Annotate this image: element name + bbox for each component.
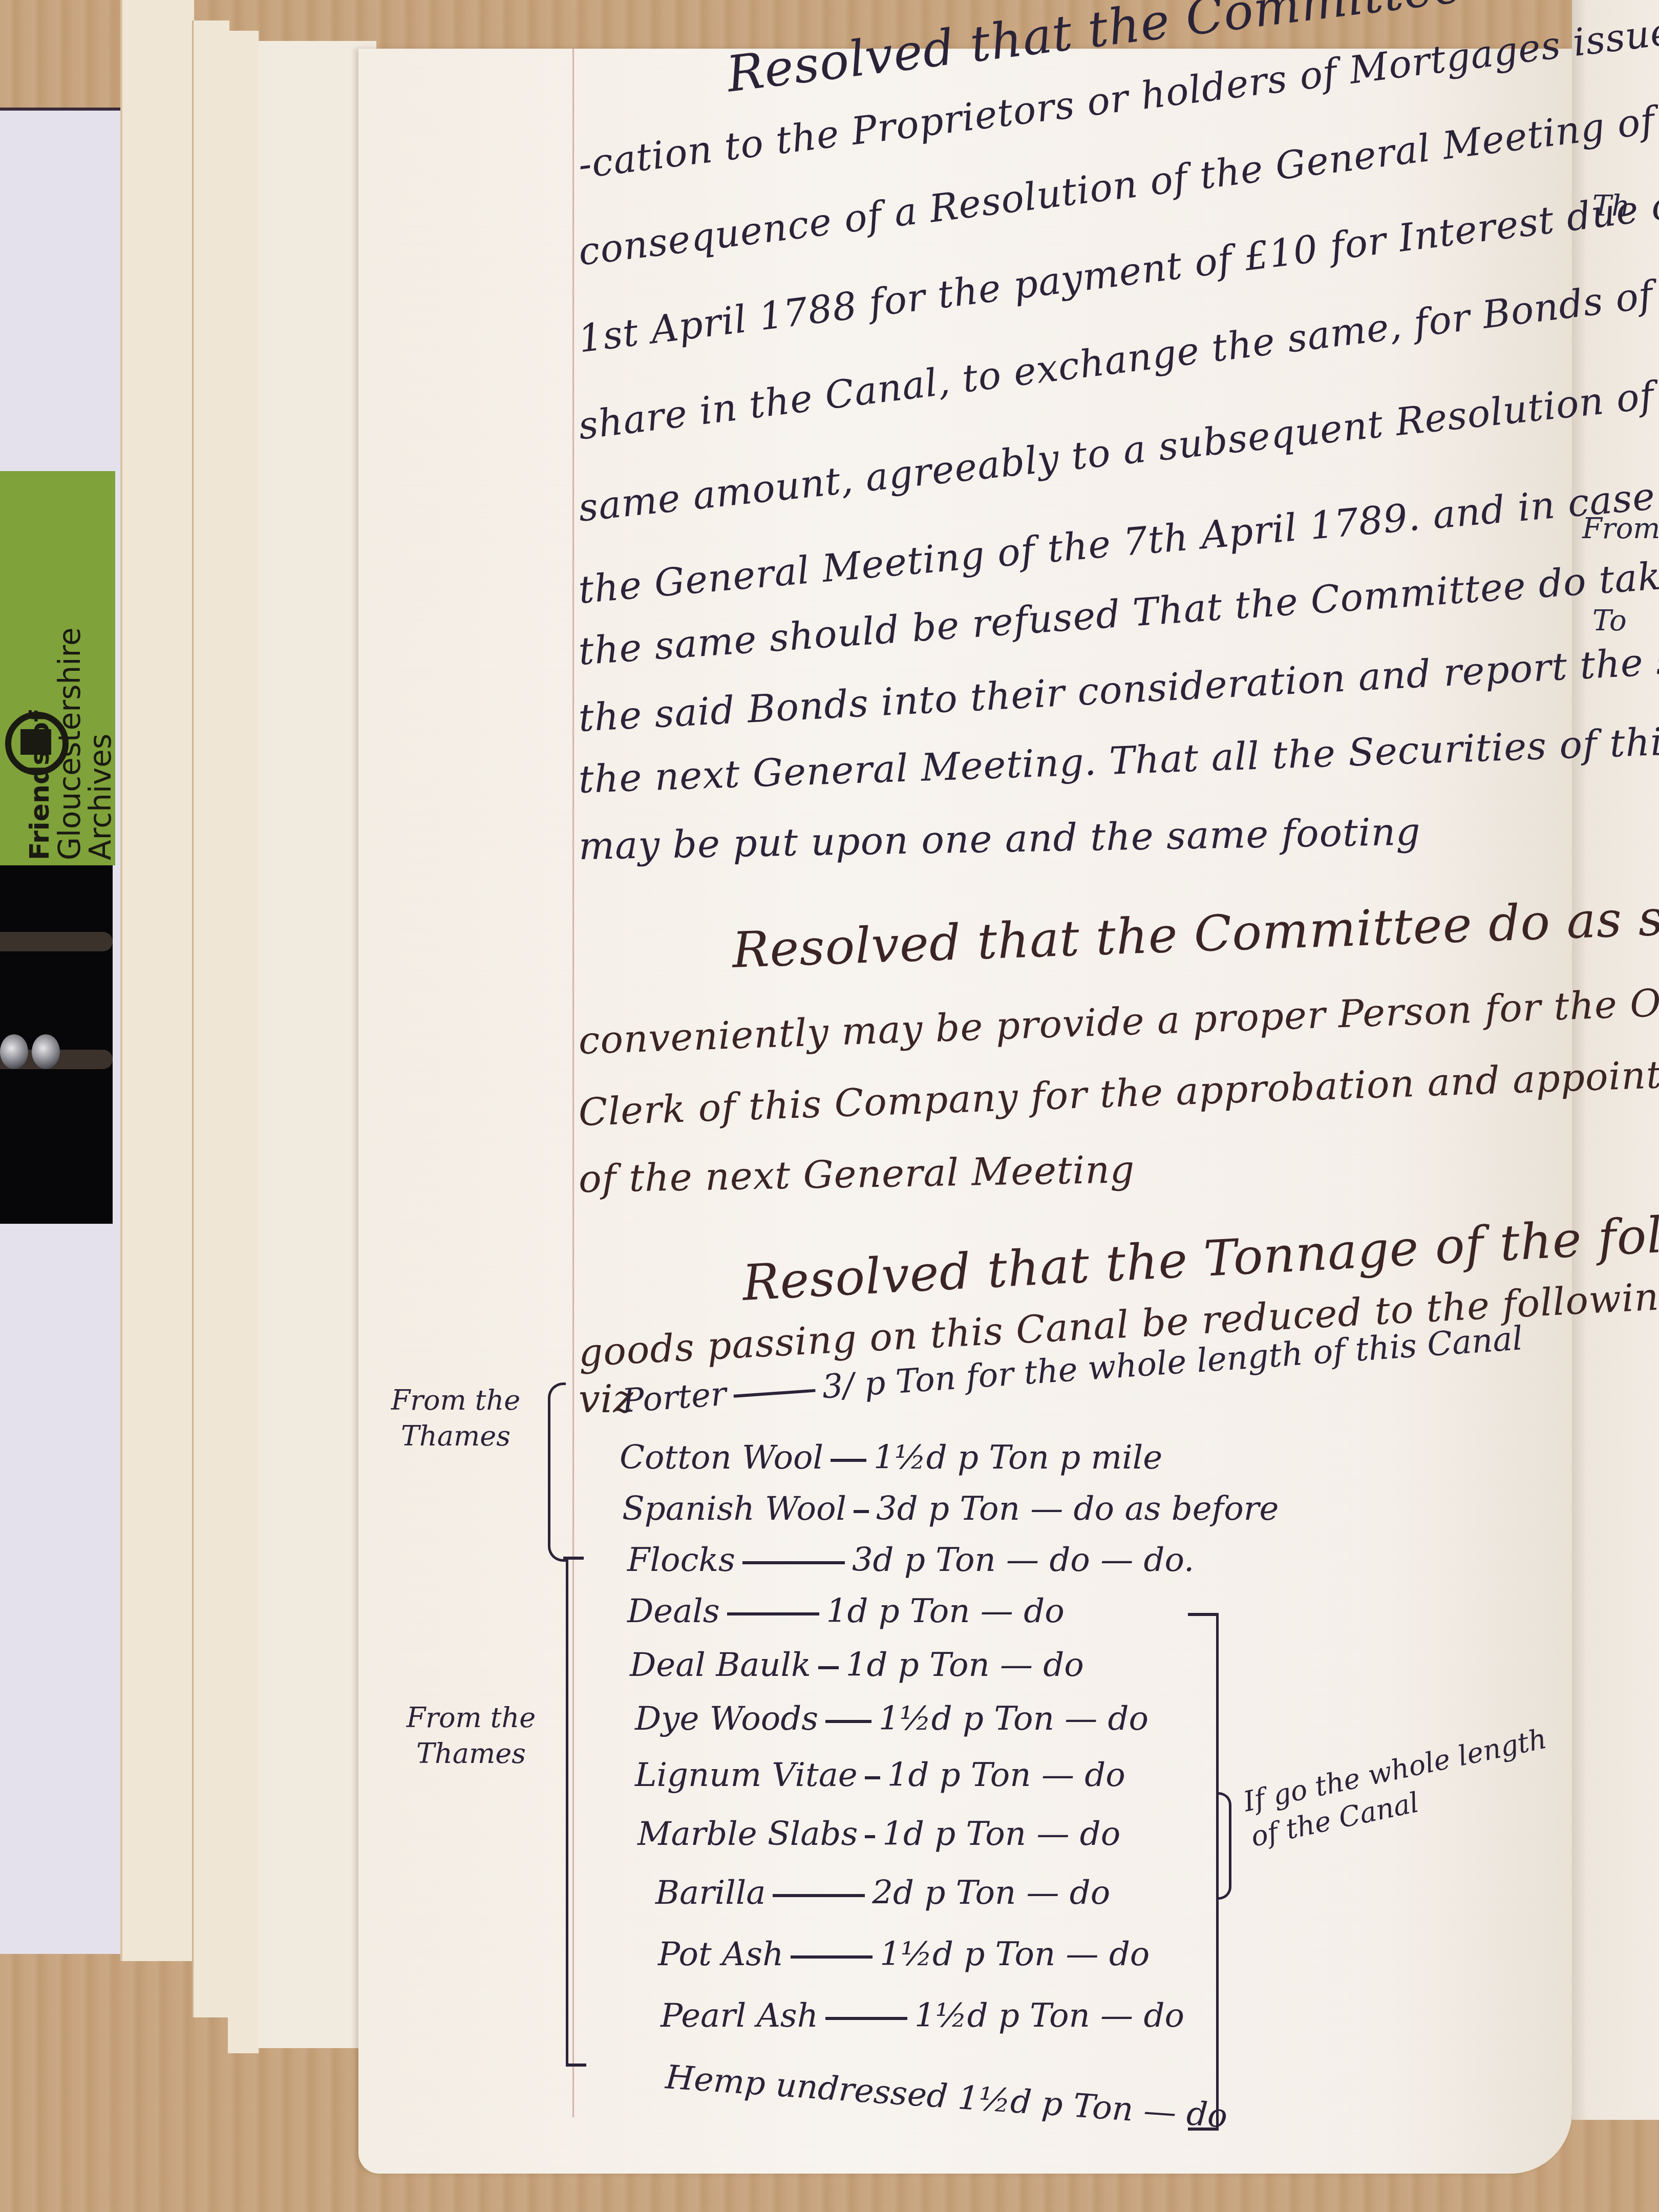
bolt-icon <box>0 1034 28 1069</box>
rate: 1½d <box>874 1439 947 1477</box>
margin-rule <box>572 49 574 2117</box>
note: p mile <box>1059 1439 1162 1477</box>
page-edge <box>192 20 230 2017</box>
dash <box>791 1955 873 1959</box>
rate: 3d <box>852 1541 894 1579</box>
good-name: Dye Woods <box>635 1700 818 1738</box>
dash <box>825 1720 871 1723</box>
bracket-line <box>566 2064 586 2067</box>
good-name: Marble Slabs <box>637 1815 858 1853</box>
rate: 1½d <box>879 1700 952 1738</box>
rate-row: Deal Baulk1d p Ton — do <box>630 1646 1084 1684</box>
rate: 1d <box>846 1646 888 1684</box>
good-name: Lignum Vitae <box>635 1756 858 1794</box>
unit: p Ton <box>863 1359 958 1403</box>
archive-label-text: Friends of Gloucestershire Archives <box>26 492 87 860</box>
rate: 1d <box>826 1592 868 1630</box>
dash <box>854 1510 869 1513</box>
unit: p Ton <box>934 1815 1026 1853</box>
rate-row: Dye Woods1½d p Ton — do <box>635 1700 1148 1738</box>
bracket-line <box>563 1557 584 1560</box>
good-name: Deals <box>627 1592 720 1630</box>
rate: 3d <box>876 1490 918 1528</box>
rate: 3/ <box>821 1366 855 1406</box>
good-name: Cotton Wool <box>620 1439 823 1477</box>
good-name: Pearl Ash <box>661 1997 818 2035</box>
dash <box>773 1894 865 1897</box>
unit: p Ton <box>1040 2085 1135 2129</box>
unit: p Ton <box>928 1490 1020 1528</box>
note: do <box>1084 1756 1125 1794</box>
unit: p Ton <box>898 1646 990 1684</box>
margin-note-from-thames: From the Thames <box>394 1700 548 1772</box>
dash <box>733 1389 815 1397</box>
page-edge <box>228 31 260 2053</box>
good-name: Porter <box>621 1375 727 1420</box>
rate-row: Lignum Vitae1d p Ton — do <box>635 1756 1125 1794</box>
facing-fragment: To <box>1592 604 1627 637</box>
rate: 1½d <box>914 1997 988 2035</box>
unit: p Ton <box>940 1756 1031 1794</box>
dash <box>727 1612 819 1615</box>
note: do <box>1070 1874 1111 1912</box>
rate: 1½d <box>956 2079 1033 2122</box>
rate: 2d <box>872 1874 914 1912</box>
rate-row: Marble Slabs1d p Ton — do <box>637 1815 1120 1853</box>
margin-note-from-thames: From the Thames <box>379 1382 533 1454</box>
page-edge <box>120 0 195 1961</box>
rate-row: Spanish Wool3d p Ton — do as before <box>622 1490 1279 1528</box>
brace-icon <box>1219 1792 1231 1900</box>
rate: 1d <box>887 1756 929 1794</box>
good-name: Barilla <box>655 1874 765 1912</box>
brace-icon <box>548 1382 566 1562</box>
note: do — do. <box>1049 1541 1194 1579</box>
unit: p Ton <box>924 1874 1016 1912</box>
unit: p Ton <box>963 1700 1054 1738</box>
unit: p Ton <box>998 1997 1090 2035</box>
dash <box>865 1776 880 1779</box>
unit: p Ton <box>958 1439 1049 1477</box>
good-name: Deal Baulk <box>630 1646 811 1684</box>
rate: 1½d <box>880 1936 953 1973</box>
note: do <box>1143 1997 1184 2035</box>
clip-bar-top <box>0 932 113 951</box>
rate-row: Deals1d p Ton — do <box>627 1592 1065 1630</box>
rate-row: Flocks3d p Ton — do — do. <box>627 1541 1194 1579</box>
dash <box>865 1835 875 1838</box>
archive-label-line2: Gloucestershire <box>54 492 85 860</box>
bracket-line <box>566 1557 568 2064</box>
rate: 1d <box>882 1815 924 1853</box>
note: do <box>1080 1815 1121 1853</box>
bracket-line <box>1188 1613 1219 1616</box>
bolt-icon <box>32 1034 60 1069</box>
dash <box>742 1561 845 1564</box>
dash <box>818 1666 839 1669</box>
note: do <box>1108 1700 1149 1738</box>
unit: p Ton <box>904 1541 996 1579</box>
rate-row: Pot Ash1½d p Ton — do <box>658 1936 1150 1973</box>
dash <box>825 2017 907 2020</box>
good-name: Spanish Wool <box>622 1490 846 1528</box>
unit: p Ton <box>964 1936 1055 1973</box>
note: do as before <box>1074 1490 1279 1528</box>
note: do <box>1043 1646 1084 1684</box>
unit: p Ton <box>879 1592 970 1630</box>
note: do <box>1024 1592 1065 1630</box>
dash <box>831 1459 866 1462</box>
good-name: Pot Ash <box>658 1936 783 1973</box>
archive-label-line3: Archives <box>85 492 116 860</box>
rate-row: Barilla2d p Ton — do <box>655 1874 1110 1912</box>
good-name: Flocks <box>627 1541 735 1579</box>
rate-row: Cotton Wool1½d p Ton p mile <box>620 1439 1162 1477</box>
archive-label: Friends of Gloucestershire Archives <box>0 471 115 865</box>
note: do <box>1185 2095 1228 2135</box>
archive-label-line1: Friends of <box>26 492 54 860</box>
rate-row: Pearl Ash1½d p Ton — do <box>661 1997 1184 2035</box>
note: do <box>1109 1936 1150 1973</box>
